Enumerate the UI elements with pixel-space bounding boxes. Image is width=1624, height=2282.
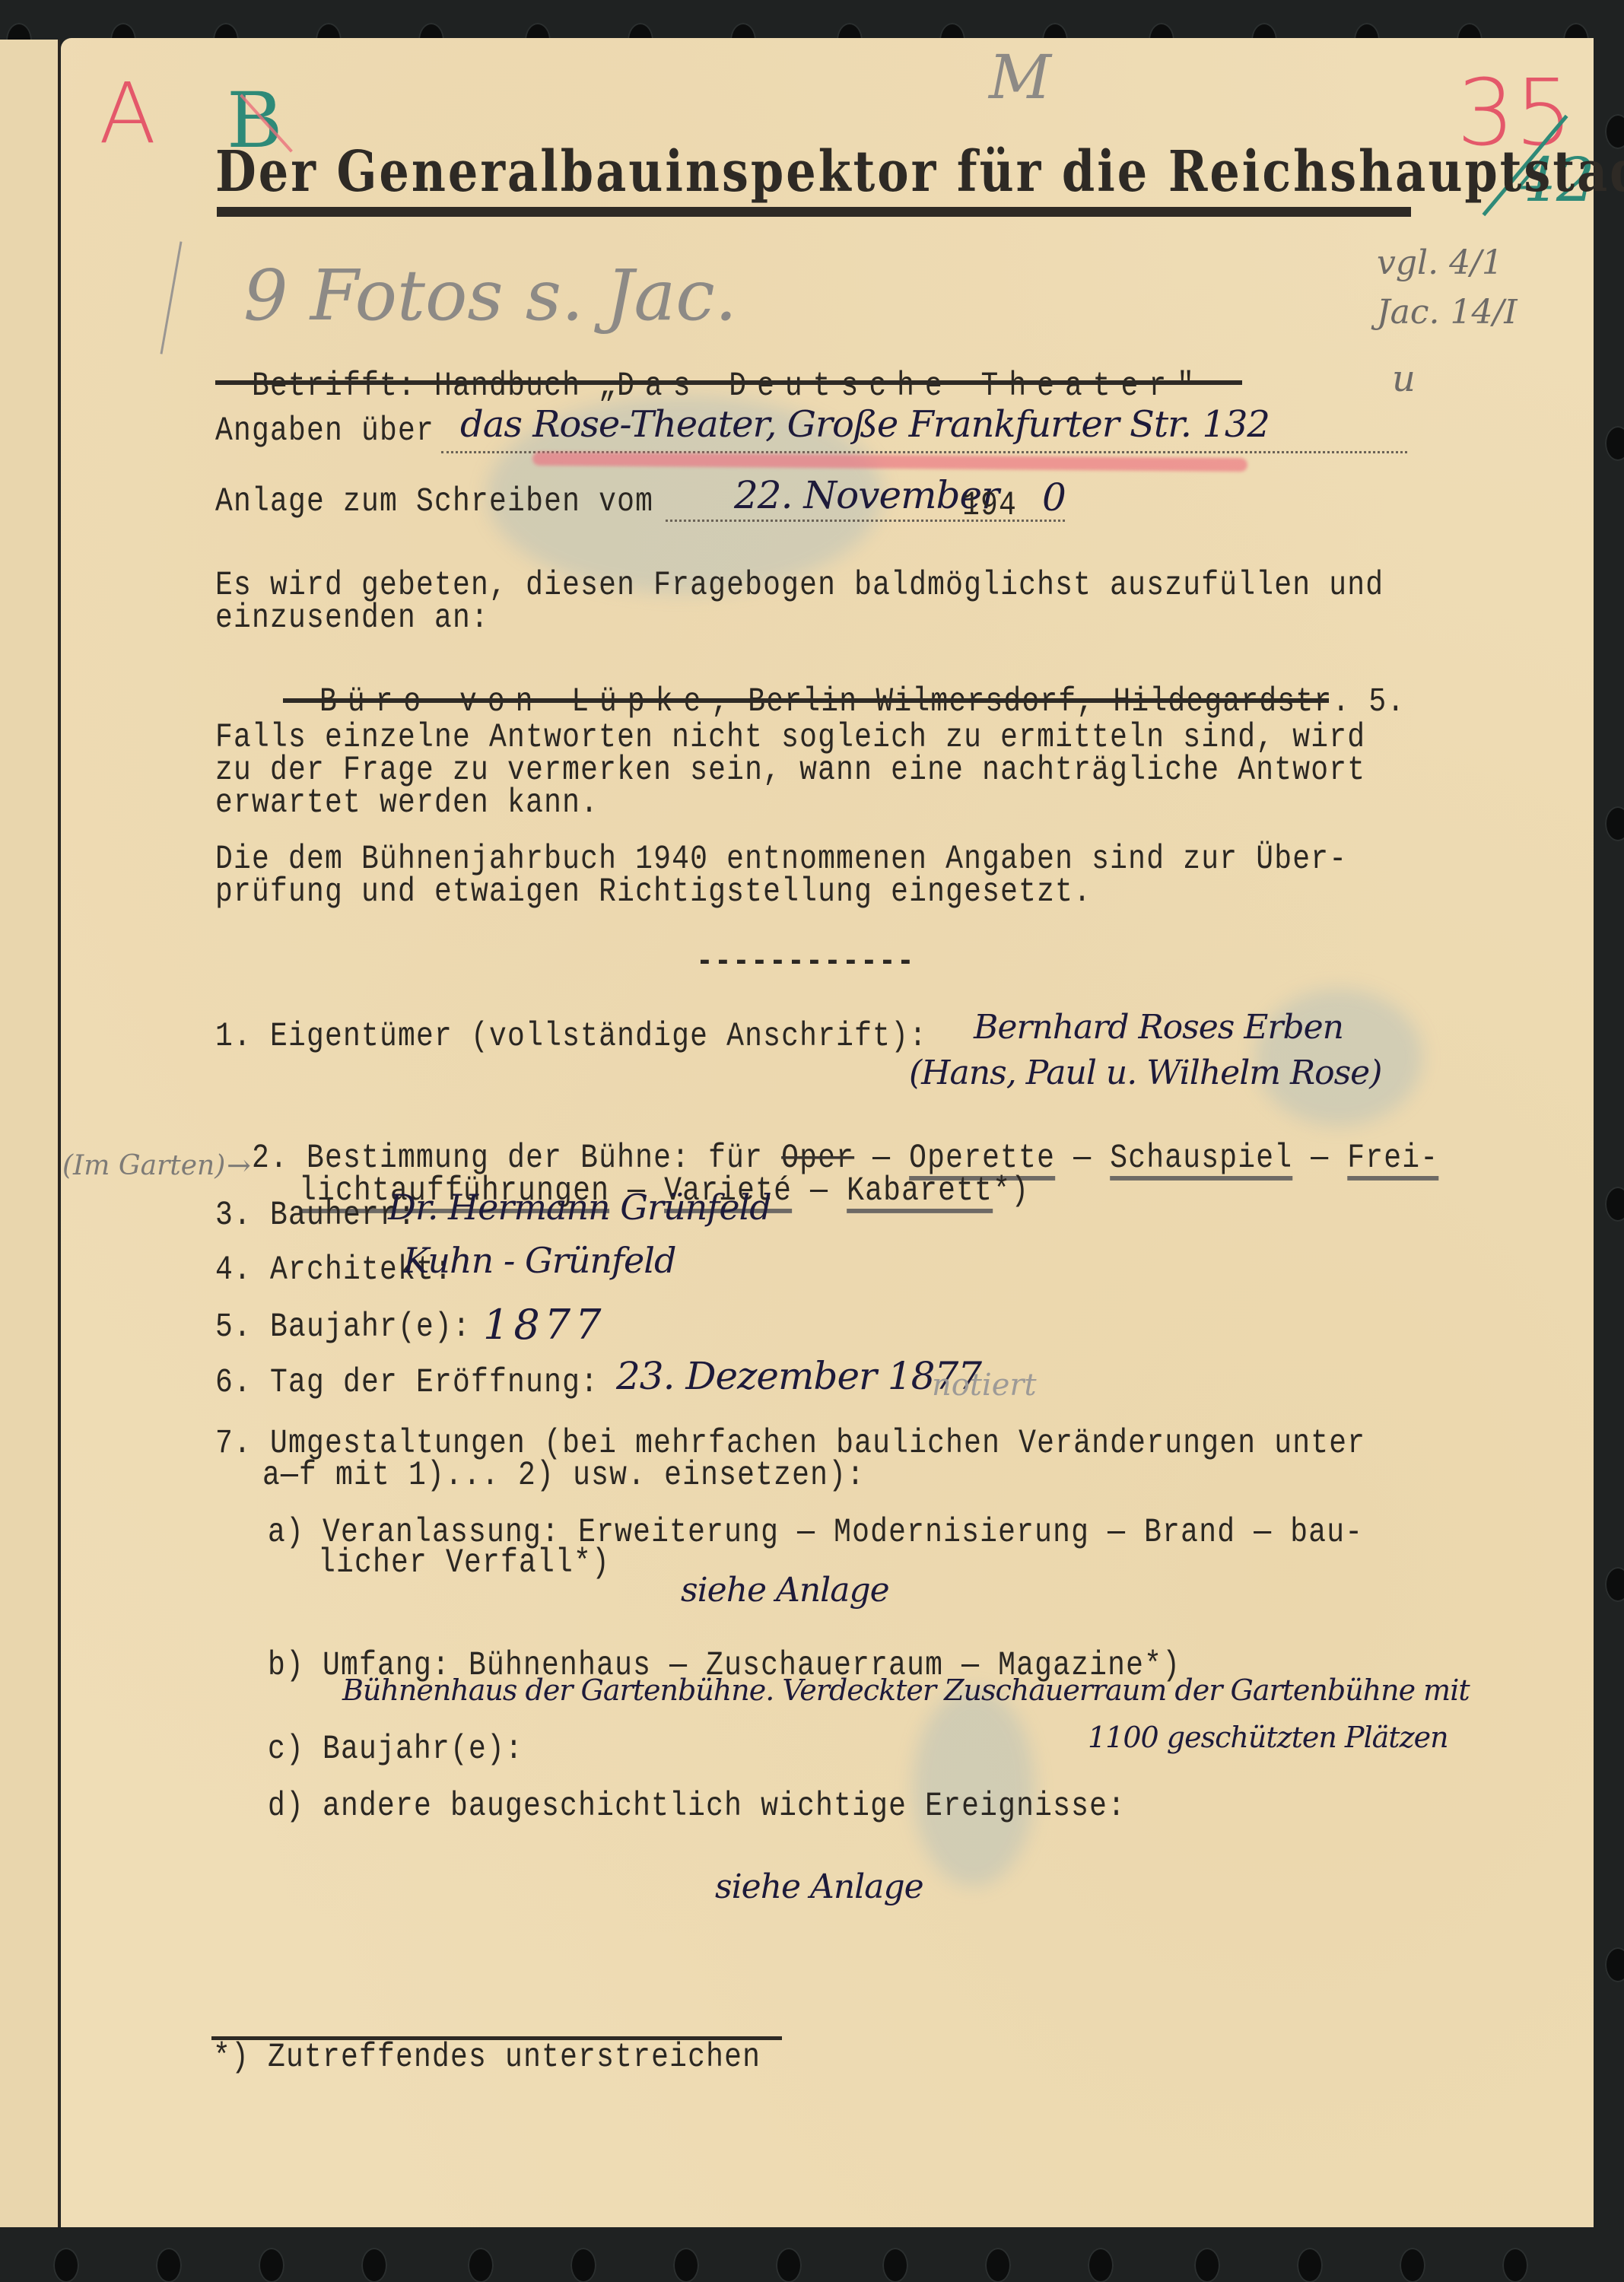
question-1-label: 1. Eigentümer (vollständige Anschrift): — [215, 1020, 927, 1054]
question-6-pencil-note: notiert — [932, 1368, 1037, 1403]
binder-hole — [53, 2248, 79, 2282]
binder-hole — [1400, 2248, 1425, 2282]
binder-hole — [1605, 426, 1624, 461]
previous-page-edge — [0, 40, 60, 2227]
question-7c-label: c) Baujahr(e): — [268, 1733, 523, 1767]
question-1-answer-line2[interactable]: (Hans, Paul u. Wilhelm Rose) — [909, 1054, 1381, 1092]
letterhead: Der Generalbauinspektor für die Reichsha… — [215, 138, 1413, 205]
pencil-note-ref-1: vgl. 4/1 — [1377, 243, 1503, 282]
question-5-answer[interactable]: 1877 — [483, 1301, 605, 1349]
binder-hole — [1605, 806, 1624, 841]
footnote-text: *) Zutreffendes unterstreichen — [213, 2041, 761, 2075]
about-label: Angaben über — [215, 415, 434, 449]
binder-hole — [468, 2248, 494, 2282]
option-separator: — — [1292, 1139, 1347, 1178]
instruction-p2-line2: zu der Frage zu vermerken sein, wann ein… — [215, 754, 1365, 788]
option-separator: — — [792, 1172, 847, 1211]
question-7b-answer-line2[interactable]: 1100 geschützten Plätzen — [1088, 1721, 1448, 1754]
binder-hole — [673, 2248, 699, 2282]
question-5-label: 5. Baujahr(e): — [215, 1311, 471, 1345]
subject-underline — [215, 380, 1242, 385]
binder-hole — [1605, 1567, 1624, 1602]
margin-note-garden: (Im Garten) — [62, 1150, 225, 1181]
question-7d-answer[interactable]: siehe Anlage — [715, 1867, 923, 1906]
option-schauspiel[interactable]: Schauspiel — [1110, 1139, 1292, 1178]
instruction-p3-line2: prüfung und etwaigen Richtigstellung ein… — [215, 876, 1092, 910]
instruction-p1-line2: einzusenden an: — [215, 602, 489, 636]
question-7a-label-line2: licher Verfall*) — [318, 1546, 610, 1581]
binder-hole — [156, 2248, 182, 2282]
binder-hole — [882, 2248, 908, 2282]
binder-hole — [1194, 2248, 1220, 2282]
enclosure-label: Anlage zum Schreiben vom — [215, 485, 653, 520]
pencil-note-photos: 9 Fotos s. Jac. — [243, 255, 737, 336]
binder-hole — [1088, 2248, 1114, 2282]
subject-suffix: " — [1177, 367, 1195, 406]
subject-line: Betrifft: Handbuch „Das Deutsche Theater… — [215, 335, 1195, 404]
binder-hole — [1502, 2248, 1528, 2282]
address-underline — [283, 698, 1329, 703]
binder-hole — [1605, 1187, 1624, 1222]
binder-hole — [1605, 1947, 1624, 1982]
footnote-marker: *) — [993, 1172, 1029, 1211]
arrow-icon: → — [227, 1149, 251, 1182]
question-7a-answer[interactable]: siehe Anlage — [681, 1571, 889, 1610]
option-separator: — — [1055, 1139, 1110, 1178]
option-freilicht-part1[interactable]: Frei- — [1347, 1139, 1438, 1178]
about-value-handwritten[interactable]: das Rose-Theater, Große Frankfurter Str.… — [460, 403, 1270, 446]
question-6-label: 6. Tag der Eröffnung: — [215, 1366, 599, 1400]
enclosure-year-typed: 194 — [962, 489, 1017, 523]
enclosure-year-handwritten[interactable]: 0 — [1042, 475, 1066, 520]
question-3-answer[interactable]: Dr. Hermann Grünfeld — [388, 1187, 771, 1228]
binder-hole — [361, 2248, 387, 2282]
instruction-p2-line3: erwartet werden kann. — [215, 787, 599, 821]
pencil-note-ref-3: u — [1392, 358, 1416, 400]
binder-hole — [259, 2248, 284, 2282]
question-7-label-line2: a—f mit 1)... 2) usw. einsetzen): — [262, 1459, 865, 1493]
binder-hole — [1297, 2248, 1323, 2282]
enclosure-date-handwritten[interactable]: 22. November — [734, 473, 999, 517]
question-7d-label: d) andere baugeschichtlich wichtige Erei… — [268, 1790, 1126, 1824]
binder-hole — [776, 2248, 802, 2282]
subject-title: Das Deutsche Theater — [617, 367, 1177, 406]
pencil-note-ref-2: Jac. 14/I — [1377, 293, 1518, 332]
binder-hole — [985, 2248, 1011, 2282]
section-separator: ------------ — [696, 946, 915, 980]
instruction-p1-line1: Es wird gebeten, diesen Fragebogen baldm… — [215, 569, 1384, 603]
annotation-pencil-m: M — [989, 42, 1051, 113]
instruction-p3-line1: Die dem Bühnenjahrbuch 1940 entnommenen … — [215, 843, 1347, 877]
question-3-label: 3. Bauherr: — [215, 1199, 416, 1233]
letterhead-rule — [217, 207, 1411, 217]
subject-prefix: Betrifft: Handbuch „ — [252, 367, 617, 406]
question-7b-answer-line1[interactable]: Bühnenhaus der Gartenbühne. Verdeckter Z… — [342, 1673, 1470, 1707]
question-1-answer-line1[interactable]: Bernhard Roses Erben — [974, 1008, 1343, 1047]
option-kabarett[interactable]: Kabarett — [847, 1172, 993, 1211]
question-4-answer[interactable]: Kuhn - Grünfeld — [403, 1240, 675, 1281]
instruction-p2-line1: Falls einzelne Antworten nicht sogleich … — [215, 721, 1365, 755]
question-6-answer[interactable]: 23. Dezember 1877 — [616, 1354, 981, 1398]
binder-hole — [570, 2248, 596, 2282]
annotation-red-a: A — [99, 65, 156, 162]
recipient-address: Büro von Lüpke, Berlin-Wilmersdorf, Hild… — [283, 651, 1405, 720]
